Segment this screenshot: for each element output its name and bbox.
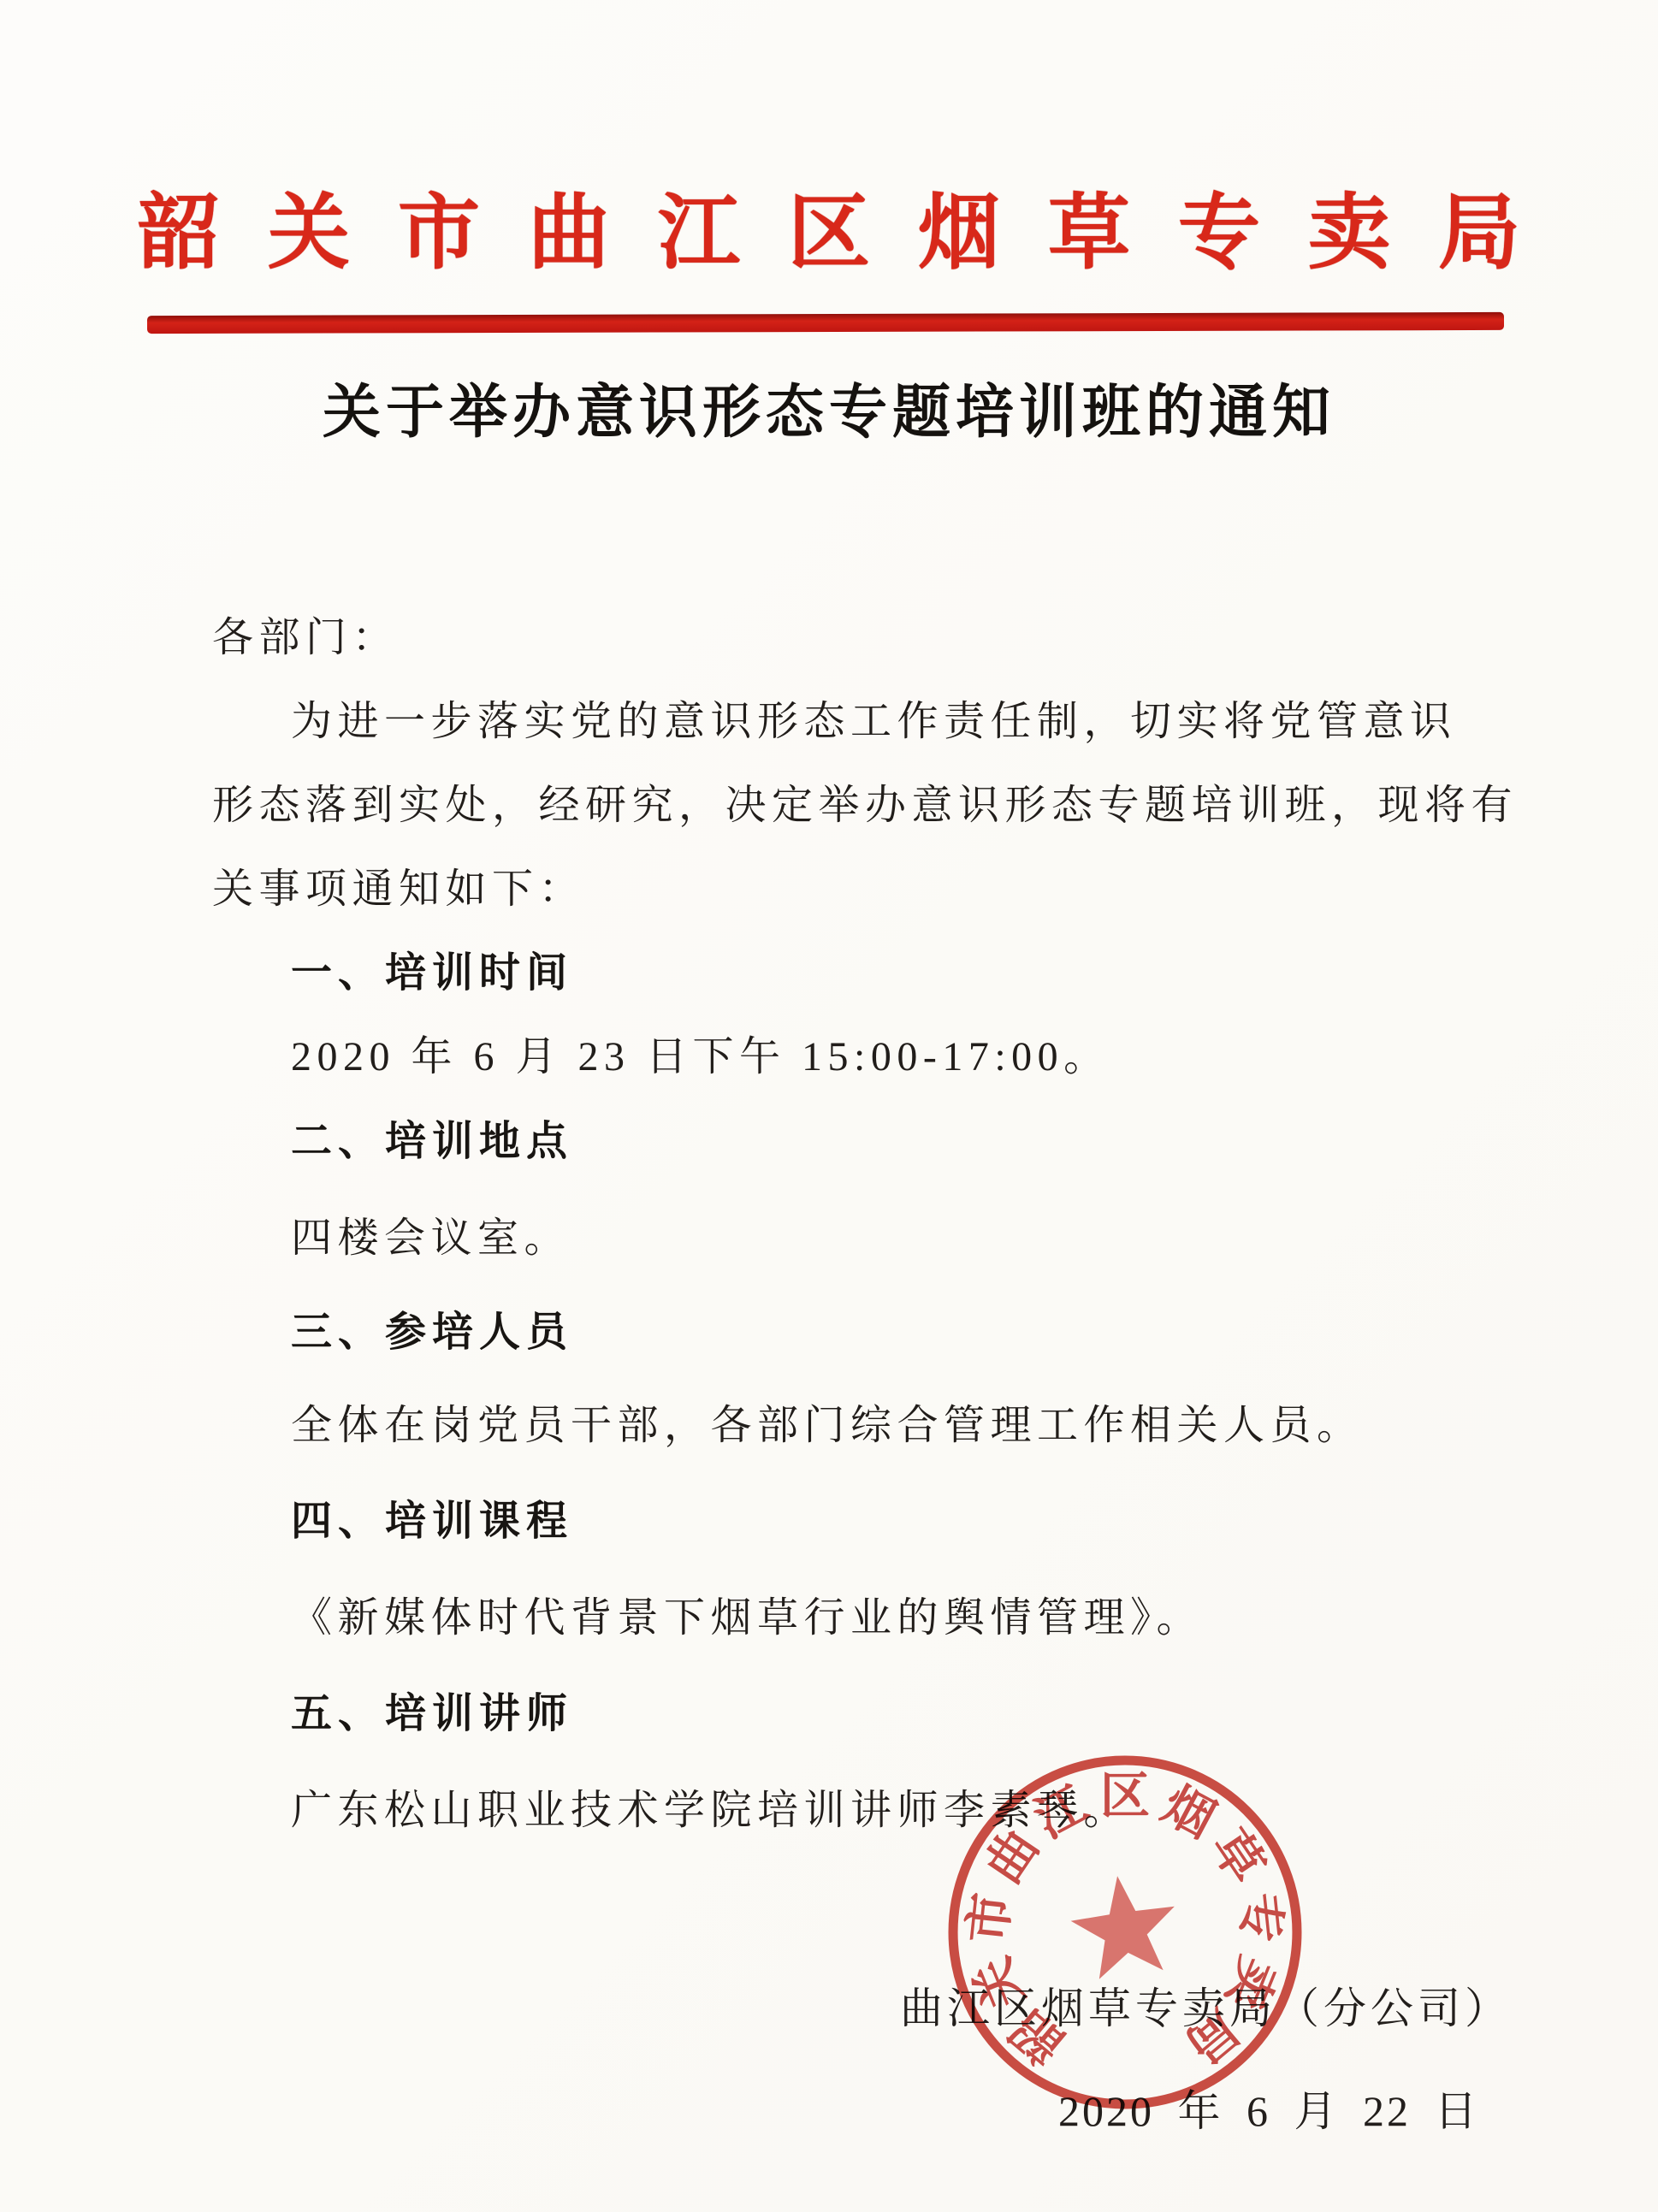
section-heading: 一、培训时间: [291, 939, 573, 998]
body-line: 为进一步落实党的意识形态工作责任制，切实将党管意识: [291, 688, 1457, 747]
body-line: 四楼会议室。: [291, 1204, 571, 1263]
body-line: 全体在岗党员干部，各部门综合管理工作相关人员。: [291, 1392, 1364, 1451]
seal-star-icon: [1065, 1869, 1182, 1982]
section-heading: 三、参培人员: [291, 1298, 573, 1357]
document-page: 韶关市曲江区烟草专卖局 关于举办意识形态专题培训班的通知 各部门：为进一步落实党…: [0, 0, 1658, 2212]
body-line: 关事项通知如下：: [212, 855, 585, 914]
body-line: 形态落到实处，经研究，决定举办意识形态专题培训班，现将有: [212, 772, 1518, 831]
official-seal-stamp: 韶关市曲江区烟草专卖局: [947, 1754, 1303, 2110]
section-heading: 四、培训课程: [291, 1487, 573, 1547]
body-line: 《新媒体时代背景下烟草行业的舆情管理》。: [291, 1584, 1203, 1643]
seal-ring-char: 市: [960, 1890, 1021, 1946]
section-heading: 二、培训地点: [291, 1108, 573, 1167]
section-heading: 五、培训讲师: [291, 1680, 573, 1739]
body-line: 各部门：: [212, 604, 399, 663]
seal-ring-char: 区: [1100, 1769, 1150, 1825]
letterhead-org-name: 韶关市曲江区烟草专卖局: [0, 168, 1658, 285]
body-line: 2020 年 6 月 23 日下午 15:00-17:00。: [291, 1023, 1110, 1082]
document-title: 关于举办意识形态专题培训班的通知: [0, 366, 1658, 449]
letterhead-divider-rule: [147, 312, 1504, 334]
seal-ring-char: 专: [1230, 1890, 1291, 1946]
